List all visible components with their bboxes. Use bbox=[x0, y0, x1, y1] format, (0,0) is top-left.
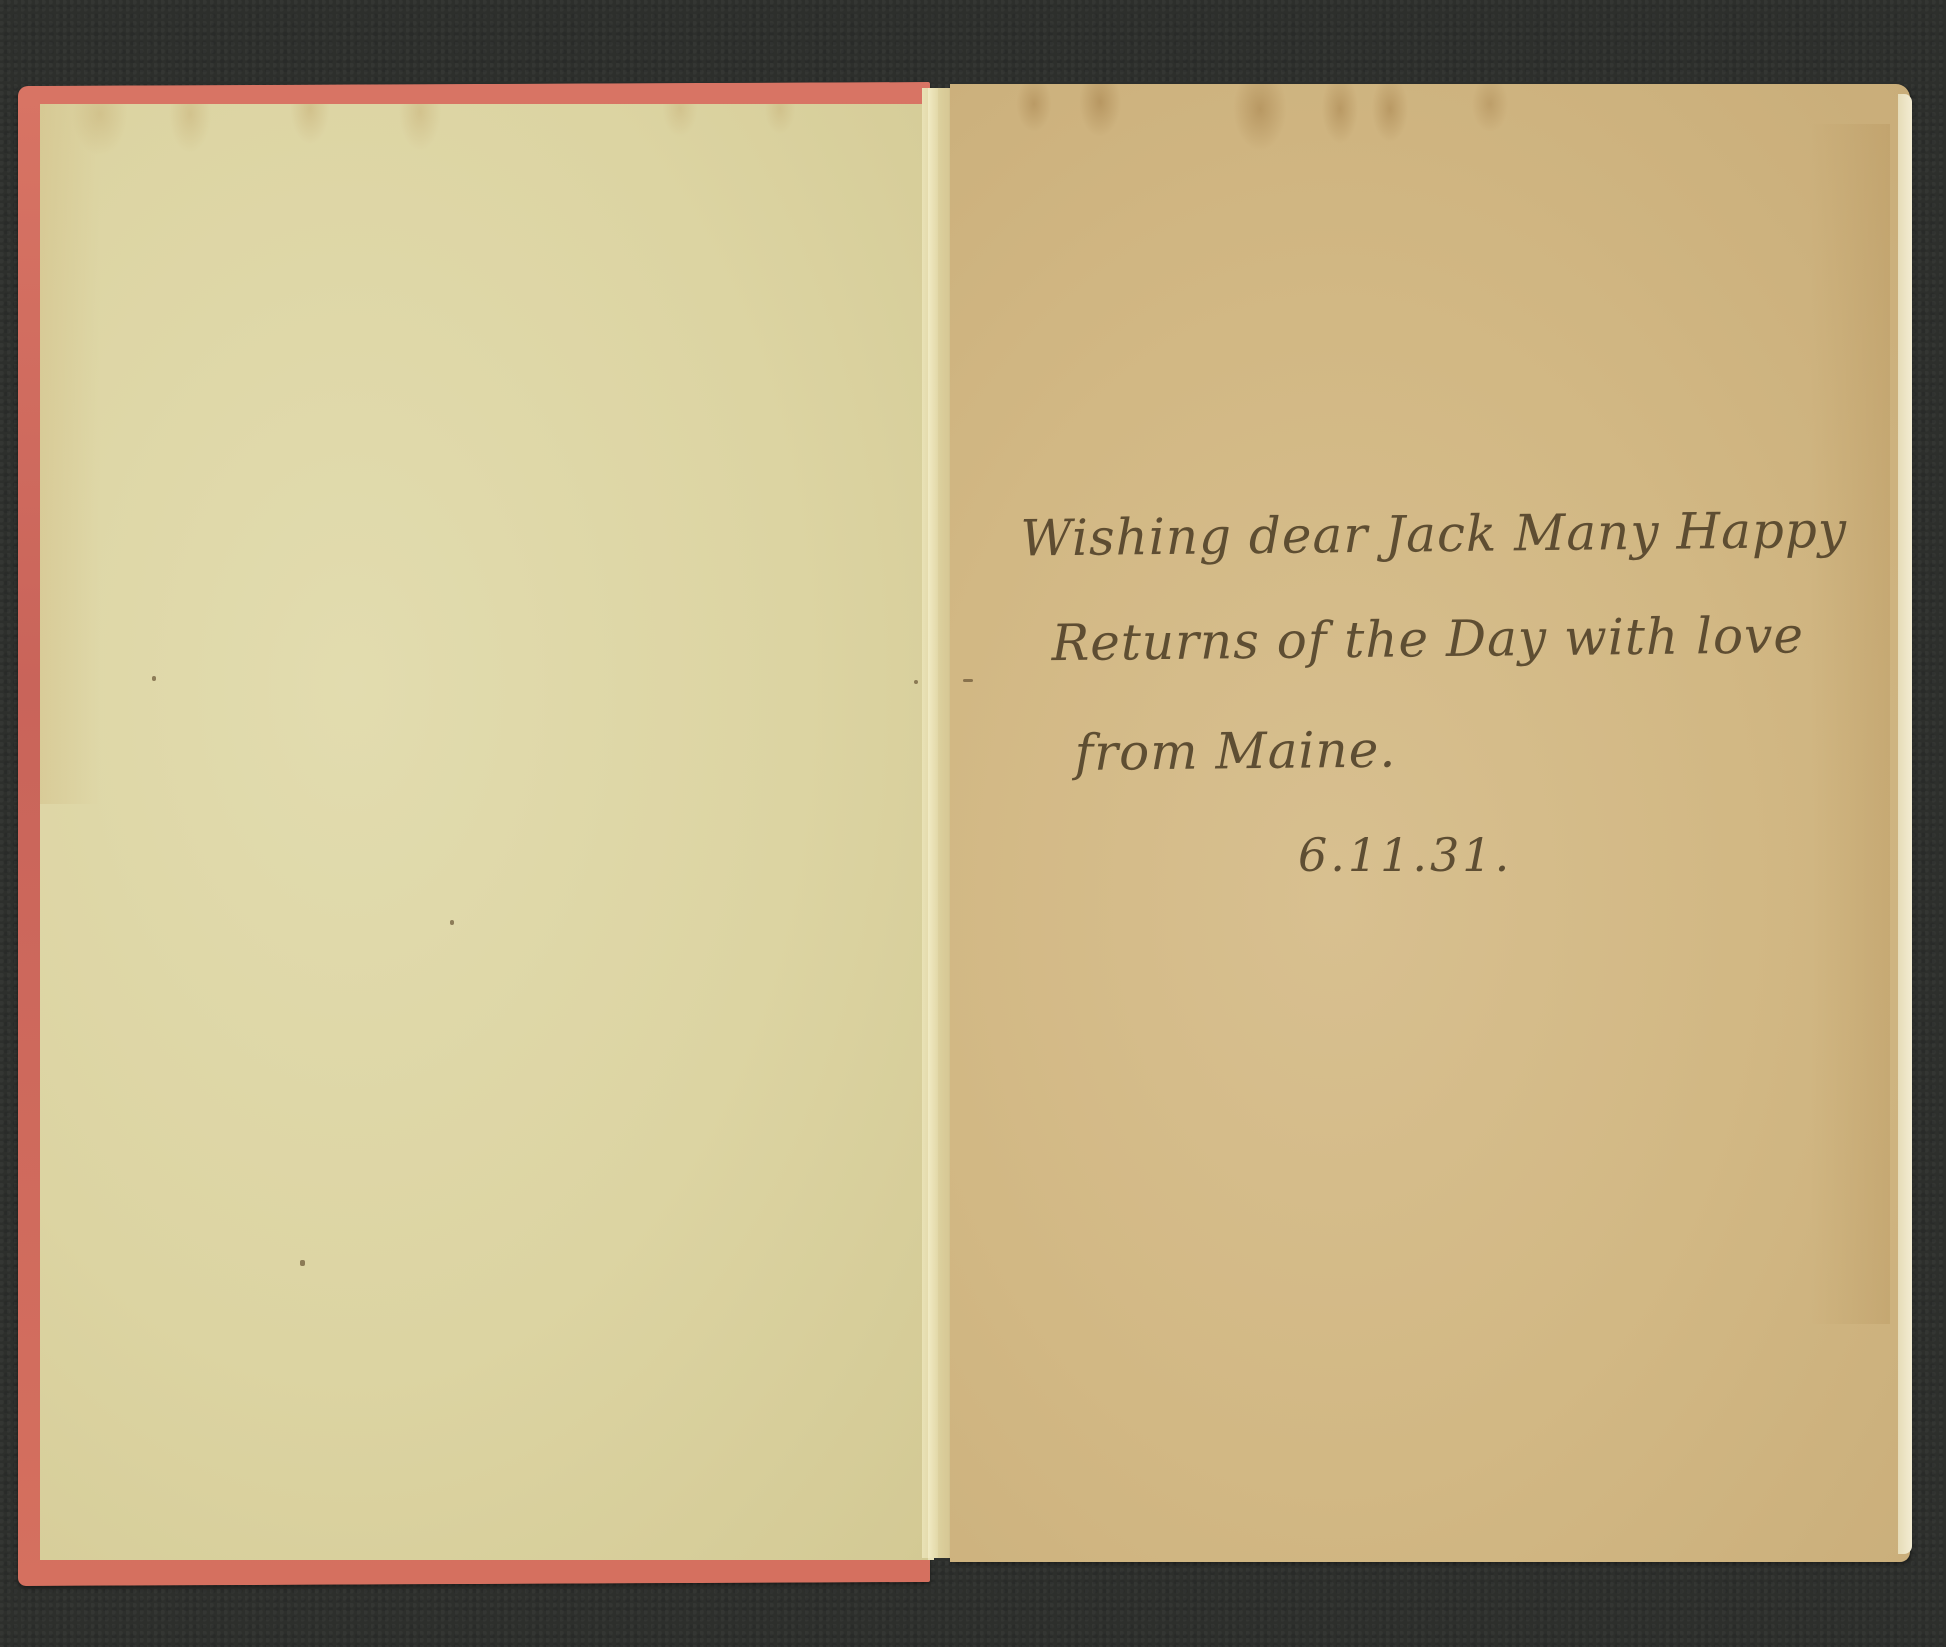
speck-mark bbox=[450, 920, 454, 925]
speck-mark bbox=[152, 676, 156, 681]
book-photo: Wishing dear Jack Many Happy Returns of … bbox=[0, 0, 1946, 1647]
inscription-line: from Maine. bbox=[1074, 721, 1396, 782]
inscription-line: Wishing dear Jack Many Happy bbox=[1020, 501, 1847, 568]
speck-mark bbox=[300, 1260, 305, 1266]
water-stain bbox=[1810, 124, 1890, 1324]
water-stain bbox=[40, 104, 100, 804]
hinge-fold bbox=[928, 88, 938, 1558]
inscription-line: Returns of the Day with love bbox=[1051, 606, 1804, 672]
speck-mark bbox=[963, 679, 973, 682]
page-block-edge bbox=[1898, 94, 1912, 1554]
speck-mark bbox=[914, 680, 918, 684]
left-pastedown-page bbox=[40, 104, 934, 1560]
right-flyleaf-page bbox=[950, 84, 1910, 1562]
inscription-date: 6.11.31. bbox=[1298, 828, 1512, 882]
